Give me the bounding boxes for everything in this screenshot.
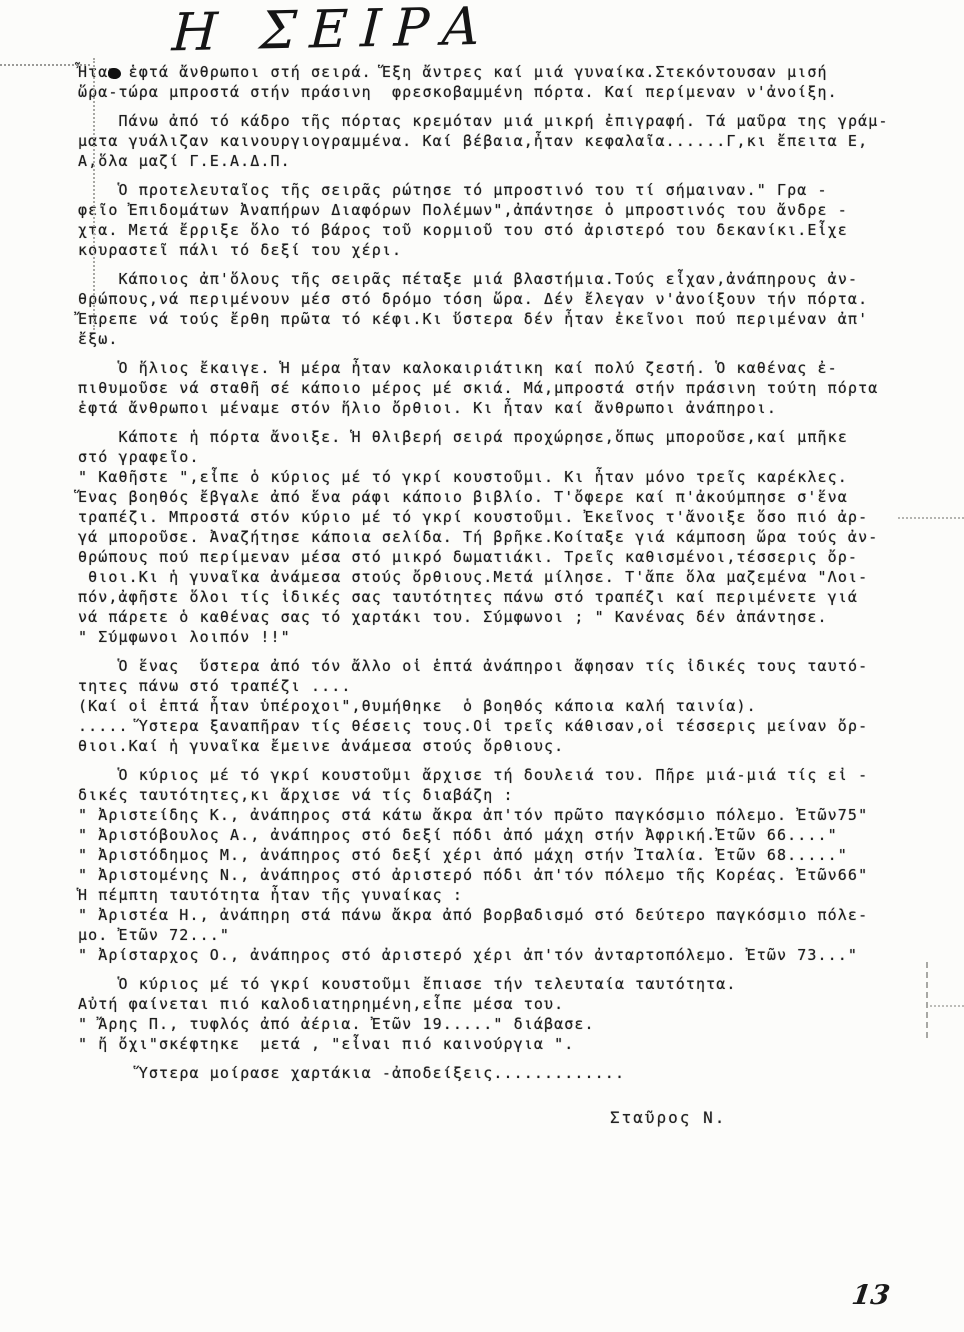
scan-artifact-top-line [0, 64, 90, 66]
story-paragraph: Πάνω ἀπό τό κάδρο τῆς πόρτας κρεμόταν μι… [78, 111, 916, 171]
story-paragraph: Ὁ ἕνας ὕστερα ἀπό τόν ἄλλο οἱ ἑπτά ἀνάπη… [78, 656, 916, 756]
page-title: Η ΣΕΙΡΑ [171, 0, 495, 63]
story-body: Ἦταν ἑφτά ἄνθρωποι στή σειρά. Ἕξη ἄντρες… [78, 62, 916, 1092]
story-paragraph: Ὁ κύριος μέ τό γκρί κουστοῦμι ἔπιασε τήν… [78, 974, 916, 1054]
scanned-document-page: Η ΣΕΙΡΑ Ἦταν ἑφτά ἄνθρωποι στή σειρά. Ἕξ… [0, 0, 964, 1332]
author-signature: Σταῦρος Ν. [610, 1108, 726, 1127]
story-paragraph: Κάποιος ἀπ'ὅλους τῆς σειρᾶς πέταξε μιά β… [78, 269, 916, 349]
scan-artifact-right-line-2 [930, 1005, 964, 1007]
story-paragraph: Ὕστερα μοίρασε χαρτάκια -ἀποδείξεις.....… [78, 1063, 916, 1083]
page-number: 13 [850, 1280, 892, 1311]
story-paragraph: Ὁ ἥλιος ἔκαιγε. Ἡ μέρα ἦταν καλοκαιριάτι… [78, 358, 916, 418]
story-paragraph: Ἦταν ἑφτά ἄνθρωποι στή σειρά. Ἕξη ἄντρες… [78, 62, 916, 102]
story-paragraph: Ὁ προτελευταῖος τῆς σειρᾶς ρώτησε τό μπρ… [78, 180, 916, 260]
story-paragraph: Κάποτε ἡ πόρτα ἄνοιξε. Ἡ θλιβερή σειρά π… [78, 427, 916, 647]
scan-artifact-right-margin [926, 962, 928, 1038]
story-paragraph: Ὁ κύριος μέ τό γκρί κουστοῦμι ἄρχισε τή … [78, 765, 916, 965]
